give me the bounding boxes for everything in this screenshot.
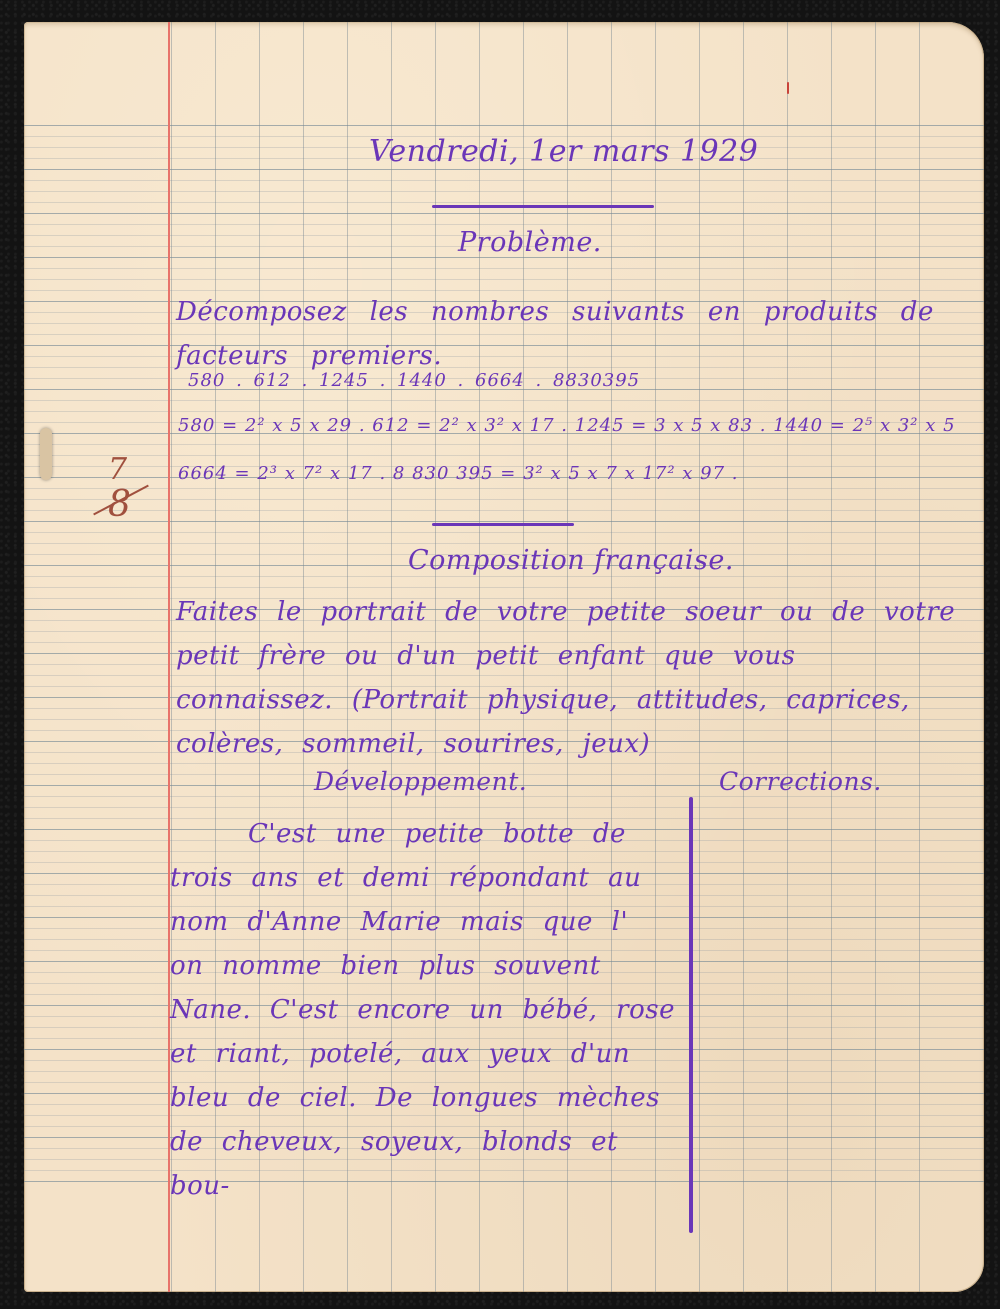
development-text: C'est une petite botte de trois ans et d… <box>170 812 690 1208</box>
section-rule-composition <box>432 523 574 526</box>
development-line: et riant, potelé, aux yeux d'un <box>170 1032 690 1076</box>
development-heading: Développement. <box>314 767 527 796</box>
binding-thread <box>40 428 52 480</box>
composition-heading: Composition française. <box>408 545 734 576</box>
development-line: Nane. C'est encore un bébé, rose <box>170 988 690 1032</box>
problem-solution-line-1: 580 = 2² x 5 x 29 . 612 = 2² x 3² x 17 .… <box>178 415 956 436</box>
red-ink-tick <box>787 82 789 94</box>
composition-prompt: Faites le portrait de votre petite soeur… <box>176 590 966 766</box>
development-line: on nomme bien plus souvent <box>170 944 690 988</box>
development-line: nom d'Anne Marie mais que l' <box>170 900 690 944</box>
problem-numbers: 580 . 612 . 1245 . 1440 . 6664 . 8830395 <box>188 370 640 391</box>
development-line: trois ans et demi répondant au <box>170 856 690 900</box>
problem-solution-line-2: 6664 = 2³ x 7² x 17 . 8 830 395 = 3² x 5… <box>178 463 738 484</box>
problem-statement: Décomposez les nombres suivants en produ… <box>176 290 936 378</box>
corrections-column-divider <box>689 797 693 1233</box>
development-line: bleu de ciel. De longues mèches <box>170 1076 690 1120</box>
development-line: C'est une petite botte de <box>170 812 690 856</box>
notebook-page: Vendredi, 1er mars 1929 Problème. Décomp… <box>24 22 984 1292</box>
corrections-heading: Corrections. <box>719 767 882 796</box>
date-heading: Vendredi, 1er mars 1929 <box>369 134 758 169</box>
grade-mark: 7 <box>108 452 127 487</box>
section-rule-problem <box>432 205 654 208</box>
problem-heading: Problème. <box>458 227 602 258</box>
development-line: de cheveux, soyeux, blonds et bou- <box>170 1120 690 1208</box>
